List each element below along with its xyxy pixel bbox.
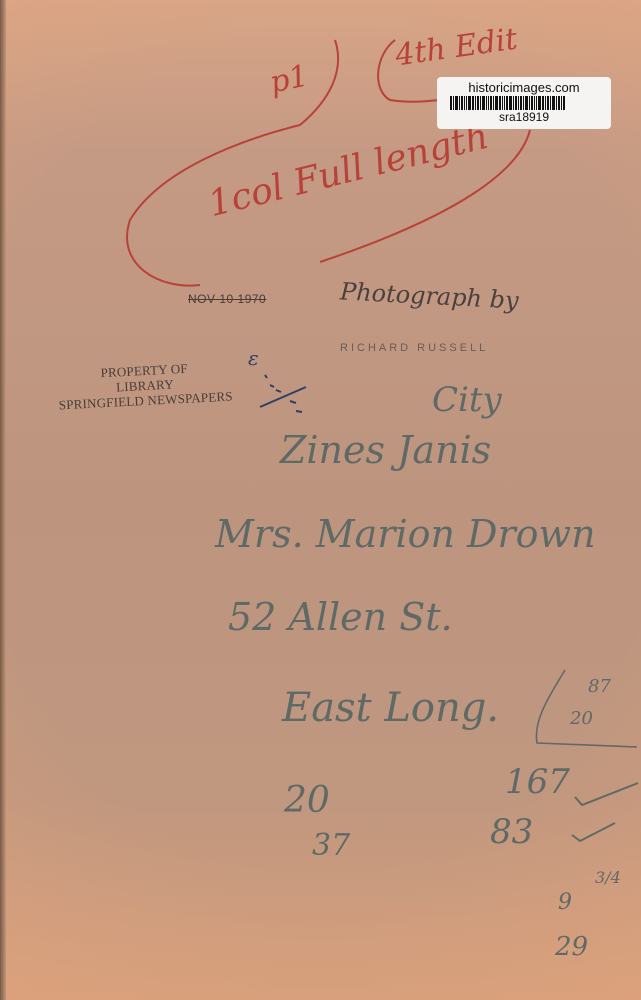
crop-bottom: 20: [570, 708, 593, 729]
label-code: sra18919: [443, 111, 605, 124]
pencil-address: 52 Allen St.: [228, 595, 453, 639]
figure-bottom-2: 29: [555, 932, 588, 962]
blue-ink-marks: ε: [240, 335, 320, 415]
figure-right-bottom: 83: [490, 812, 533, 852]
figure-fraction: 3/4: [595, 868, 621, 887]
property-stamp: PROPERTY OF LIBRARY SPRINGFIELD NEWSPAPE…: [54, 359, 236, 413]
pencil-name: Mrs. Marion Drown: [215, 512, 596, 556]
svg-text:ε: ε: [248, 346, 259, 370]
pencil-desk: City: [432, 380, 502, 420]
date-stamp: NOV 10 1970: [188, 292, 266, 306]
check-marks-icon: [570, 775, 641, 845]
photographer-name: RICHARD RUSSELL: [340, 342, 488, 354]
pencil-town: East Long.: [282, 685, 499, 731]
figure-left-bottom: 37: [312, 828, 350, 863]
crop-top: 87: [588, 676, 611, 697]
figure-right-top: 167: [505, 762, 570, 802]
barcode-label: historicimages.com sra18919: [437, 77, 611, 129]
label-site: historicimages.com: [443, 80, 605, 95]
figure-bottom-1: 9: [558, 890, 572, 915]
figure-left-top: 20: [284, 780, 330, 821]
barcode-icon: [450, 96, 598, 110]
pencil-caption: Zines Janis: [280, 428, 491, 472]
